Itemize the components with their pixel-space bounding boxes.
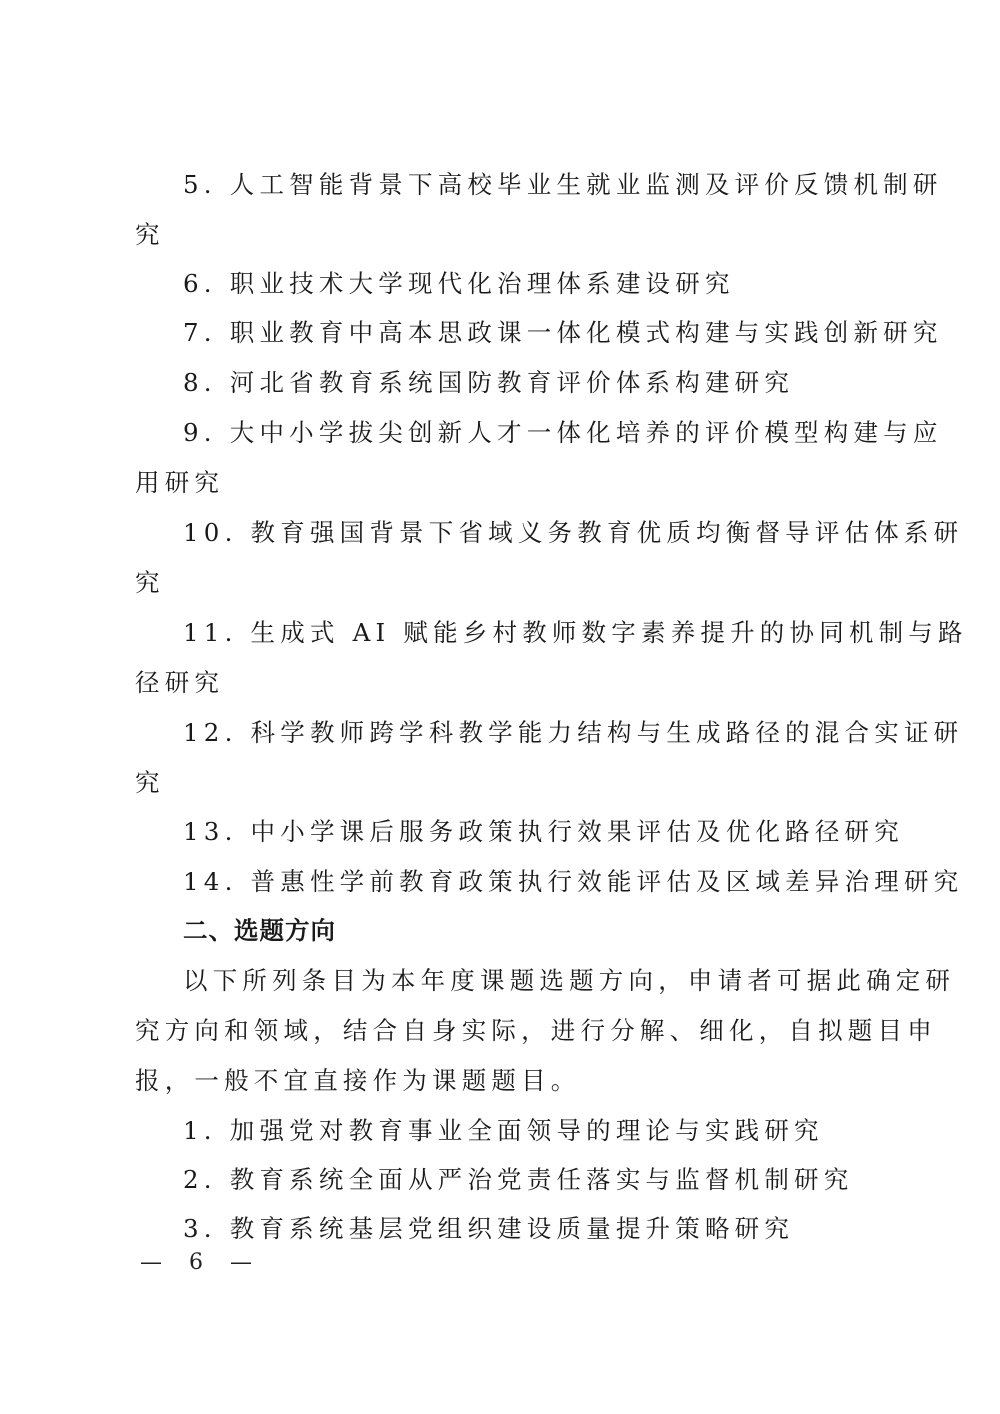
list-item-5-line-2: 究 [135,210,870,260]
list-item-10-line-2: 究 [135,558,870,608]
list-item-6: 6. 职业技术大学现代化治理体系建设研究 [183,259,873,309]
list-item-12-line-2: 究 [135,758,870,808]
list-item-8: 8. 河北省教育系统国防教育评价体系构建研究 [183,358,873,408]
list-item-14: 14. 普惠性学前教育政策执行效能评估及区域差异治理研究 [183,857,873,907]
direction-item-3: 3. 教育系统基层党组织建设质量提升策略研究 [183,1204,873,1254]
intro-paragraph-line-1: 以下所列条目为本年度课题选题方向，申请者可据此确定研 [183,956,873,1006]
document-page: 5. 人工智能背景下高校毕业生就业监测及评价反馈机制研 究 6. 职业技术大学现… [0,0,1000,1414]
intro-paragraph-line-2: 究方向和领域，结合自身实际，进行分解、细化，自拟题目申 [135,1006,870,1056]
intro-paragraph-line-3: 报，一般不宜直接作为课题题目。 [135,1056,870,1106]
list-item-5-line-1: 5. 人工智能背景下高校毕业生就业监测及评价反馈机制研 [183,160,873,210]
direction-item-2: 2. 教育系统全面从严治党责任落实与监督机制研究 [183,1155,873,1205]
list-item-9-line-1: 9. 大中小学拔尖创新人才一体化培养的评价模型构建与应 [183,408,873,458]
list-item-11-line-2: 径研究 [135,658,870,708]
page-number: — 6 — [140,1248,262,1278]
list-item-13: 13. 中小学课后服务政策执行效果评估及优化路径研究 [183,807,873,857]
list-item-9-line-2: 用研究 [135,458,870,508]
list-item-12-line-1: 12. 科学教师跨学科教学能力结构与生成路径的混合实证研 [183,708,873,758]
direction-item-1: 1. 加强党对教育事业全面领导的理论与实践研究 [183,1106,873,1156]
list-item-11-line-1: 11. 生成式 AI 赋能乡村教师数字素养提升的协同机制与路 [183,608,873,658]
section-heading: 二、选题方向 [183,906,873,956]
list-item-10-line-1: 10. 教育强国背景下省域义务教育优质均衡督导评估体系研 [183,508,873,558]
list-item-7: 7. 职业教育中高本思政课一体化模式构建与实践创新研究 [183,308,873,358]
